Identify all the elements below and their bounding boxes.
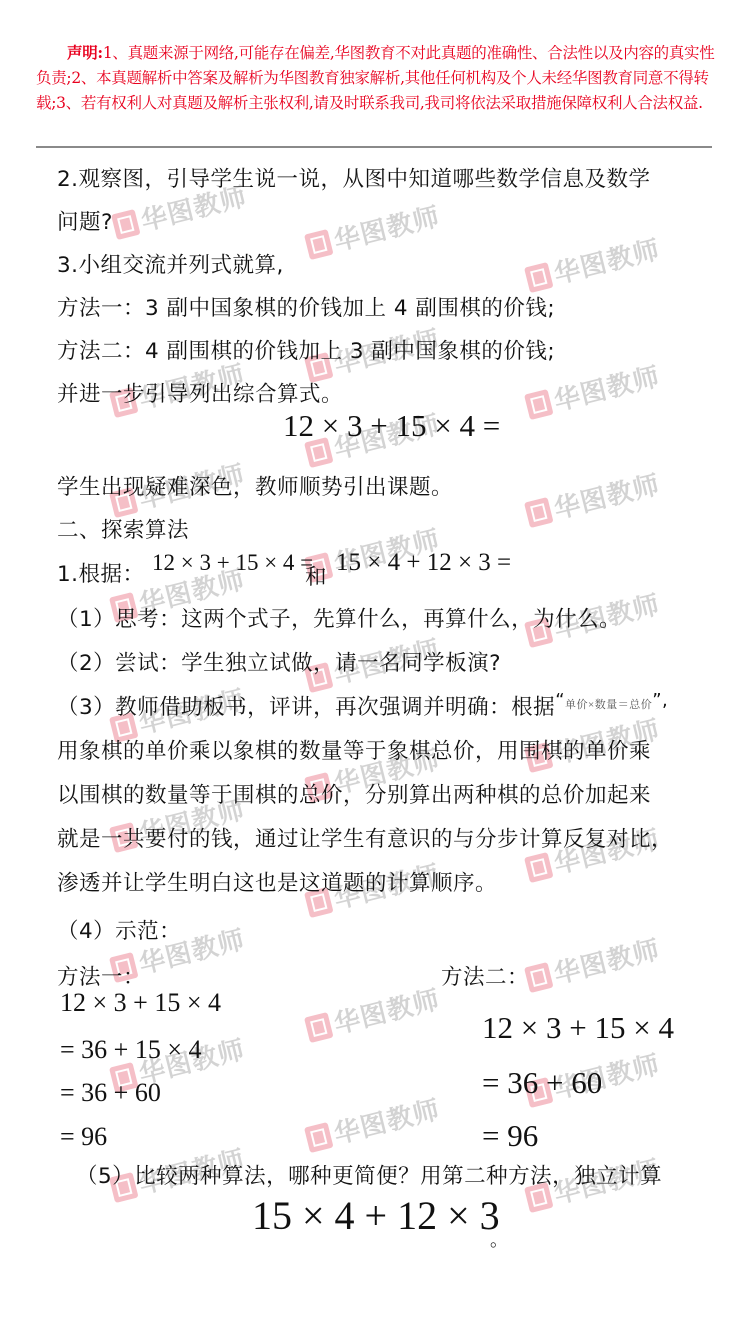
watermark-logo: 华图教师 [523,356,664,425]
watermark-logo: 华图教师 [523,229,664,298]
watermark-logo-icon [304,229,334,260]
method-one-step: = 36 + 15 × 4 [60,1035,202,1065]
method-two-step: = 36 + 60 [482,1065,602,1101]
formula-combined: 12 × 3 + 15 × 4 = [283,408,500,444]
method-one-step: 12 × 3 + 15 × 4 [60,988,221,1018]
watermark-logo: 华图教师 [523,464,664,533]
paragraph-explain-3: 就是一共要付的钱，通过让学生有意识的与分步计算反复对比， [57,822,673,853]
paragraph-combined: 并进一步引导列出综合算式。 [57,377,343,408]
watermark-logo-icon [524,852,554,883]
paragraph-observe-cont: 问题? [57,205,113,236]
method-one-step: = 36 + 60 [60,1078,161,1108]
method-two-label: 方法二： [441,960,529,991]
paragraph-observe: 2.观察图，引导学生说一说，从图中知道哪些数学信息及数学 [57,162,651,193]
watermark-logo-icon [524,389,554,420]
step-try: （2）尝试：学生独立试做，请一名同学板演? [57,646,501,677]
paragraph-explain-2: 以围棋的数量等于围棋的总价，分别算出两种棋的总价加起来 [57,778,651,809]
step-compare: （5）比较两种算法，哪种更简便？用第二种方法，独立计算 [76,1159,662,1190]
watermark-logo-icon [524,497,554,528]
watermark-logo-icon [111,209,141,240]
step-demo: （4）示范： [57,914,181,945]
paragraph-explain-1: 用象棋的单价乘以象棋的数量等于象棋总价，用围棋的单价乘 [57,734,651,765]
divider [36,146,712,148]
formula-b: 15 × 4 + 12 × 3 = [336,549,511,577]
method-one-label: 方法一： [57,960,145,991]
disclaimer-notice: 声明:1、真题来源于网络,可能存在偏差,华图教育不对此真题的准确性、合法性以及内… [36,40,716,116]
watermark-logo-icon [524,262,554,293]
step-review: （3）教师借助板书，评讲，再次强调并明确：根据“单价×数量＝总价”, [57,690,668,721]
watermark-logo-icon [304,1122,334,1153]
formula-final: 15 × 4 + 12 × 3 [252,1192,500,1239]
paragraph-explain-4: 渗透并让学生明白这也是这道题的计算顺序。 [57,866,497,897]
paragraph-method-one: 方法一：3 副中国象棋的价钱加上 4 副围棋的价钱; [57,291,555,322]
disclaimer-text: 1、真题来源于网络,可能存在偏差,华图教育不对此真题的准确性、合法性以及内容的真… [36,44,714,112]
conjunction-and: 和 [305,560,327,591]
paragraph-method-two: 方法二：4 副围棋的价钱加上 3 副中国象棋的价钱; [57,334,555,365]
step-think: （1）思考：这两个式子，先算什么，再算什么，为什么。 [57,602,621,633]
section-heading-explore: 二、探索算法 [57,513,189,544]
formula-a: 12 × 3 + 15 × 4 = [152,550,313,576]
method-two-step: = 96 [482,1118,538,1154]
method-two-step: 12 × 3 + 15 × 4 [482,1010,674,1046]
paragraph-group-discuss: 3.小组交流并列式就算, [57,248,284,279]
formula-unit-price: 单价×数量＝总价 [565,699,652,711]
disclaimer-lead: 声明: [36,43,103,62]
watermark-logo: 华图教师 [303,196,444,265]
paragraph-based-on: 1.根据： [57,557,145,588]
watermark-logo: 华图教师 [303,979,444,1048]
method-one-step: = 96 [60,1122,107,1152]
watermark-logo: 华图教师 [303,1089,444,1158]
paragraph-intro-topic: 学生出现疑难深色，教师顺势引出课题。 [57,470,453,501]
watermark-logo-icon [304,1012,334,1043]
final-period: 。 [490,1226,509,1252]
watermark-logo: 华图教师 [523,929,664,998]
